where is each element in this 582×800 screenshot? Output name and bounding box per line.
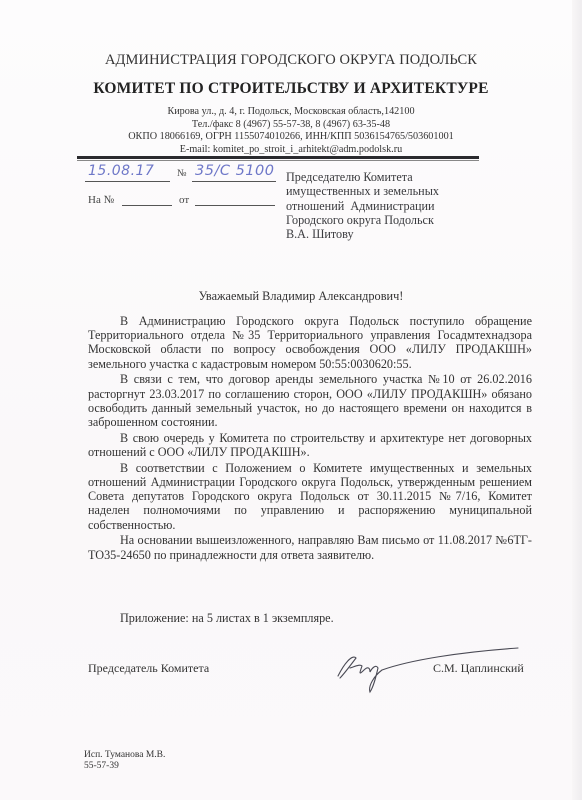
letterhead-divider-thin bbox=[77, 160, 479, 161]
outgoing-date-handwritten: 15.08.17 bbox=[88, 163, 154, 179]
reply-number-blank bbox=[122, 205, 172, 206]
greeting: Уважаемый Владимир Александрович! bbox=[0, 289, 582, 304]
reply-date-blank bbox=[195, 205, 275, 206]
reply-to-label: На № bbox=[88, 194, 114, 206]
executor-name: Исп. Туманова М.В. bbox=[84, 750, 165, 761]
signatory-name: С.М. Цаплинский bbox=[433, 661, 524, 676]
date-underline bbox=[85, 181, 170, 182]
body-paragraph: В соответствии с Положением о Комитете и… bbox=[88, 461, 532, 532]
outgoing-number-handwritten: 35/С 5100 bbox=[195, 163, 274, 179]
committee-title: КОМИТЕТ ПО СТРОИТЕЛЬСТВУ И АРХИТЕКТУРЕ bbox=[0, 80, 582, 98]
body-paragraph: В Администрацию Городского округа Подоль… bbox=[88, 314, 532, 371]
recipient-line: имущественных и земельных bbox=[286, 184, 439, 198]
attachment-note: Приложение: на 5 листах в 1 экземпляре. bbox=[88, 611, 532, 625]
letterhead-phone: Тел./факс 8 (4967) 55-57-38, 8 (4967) 63… bbox=[0, 119, 582, 131]
number-underline bbox=[192, 181, 276, 182]
recipient-line: Председателю Комитета bbox=[286, 170, 439, 184]
body-paragraph: На основании вышеизложенного, направляю … bbox=[88, 533, 532, 561]
number-label: № bbox=[177, 168, 187, 179]
recipient-block: Председателю Комитета имущественных и зе… bbox=[286, 170, 439, 241]
recipient-line: отношений Администрации bbox=[286, 199, 439, 213]
letter-body: В Администрацию Городского округа Подоль… bbox=[88, 314, 532, 563]
recipient-line: В.А. Шитову bbox=[286, 227, 439, 241]
signatory-position: Председатель Комитета bbox=[88, 661, 209, 676]
executor-phone: 55-57-39 bbox=[84, 761, 165, 772]
body-paragraph: В свою очередь у Комитета по строительст… bbox=[88, 431, 532, 459]
letter-page: АДМИНИСТРАЦИЯ ГОРОДСКОГО ОКРУГА ПОДОЛЬСК… bbox=[0, 0, 582, 800]
letterhead-address: Кирова ул., д. 4, г. Подольск, Московска… bbox=[0, 106, 582, 118]
from-label: от bbox=[179, 194, 189, 206]
letterhead-codes: ОКПО 18066169, ОГРН 1155074010266, ИНН/К… bbox=[0, 131, 582, 143]
attachment-note-block: Приложение: на 5 листах в 1 экземпляре. bbox=[88, 611, 532, 627]
administration-title: АДМИНИСТРАЦИЯ ГОРОДСКОГО ОКРУГА ПОДОЛЬСК bbox=[0, 52, 582, 69]
letterhead-email: E-mail: komitet_po_stroit_i_arhitekt@adm… bbox=[0, 144, 582, 156]
body-paragraph: В связи с тем, что договор аренды земель… bbox=[88, 372, 532, 429]
executor-block: Исп. Туманова М.В. 55-57-39 bbox=[84, 750, 165, 772]
recipient-line: Городского округа Подольск bbox=[286, 213, 439, 227]
